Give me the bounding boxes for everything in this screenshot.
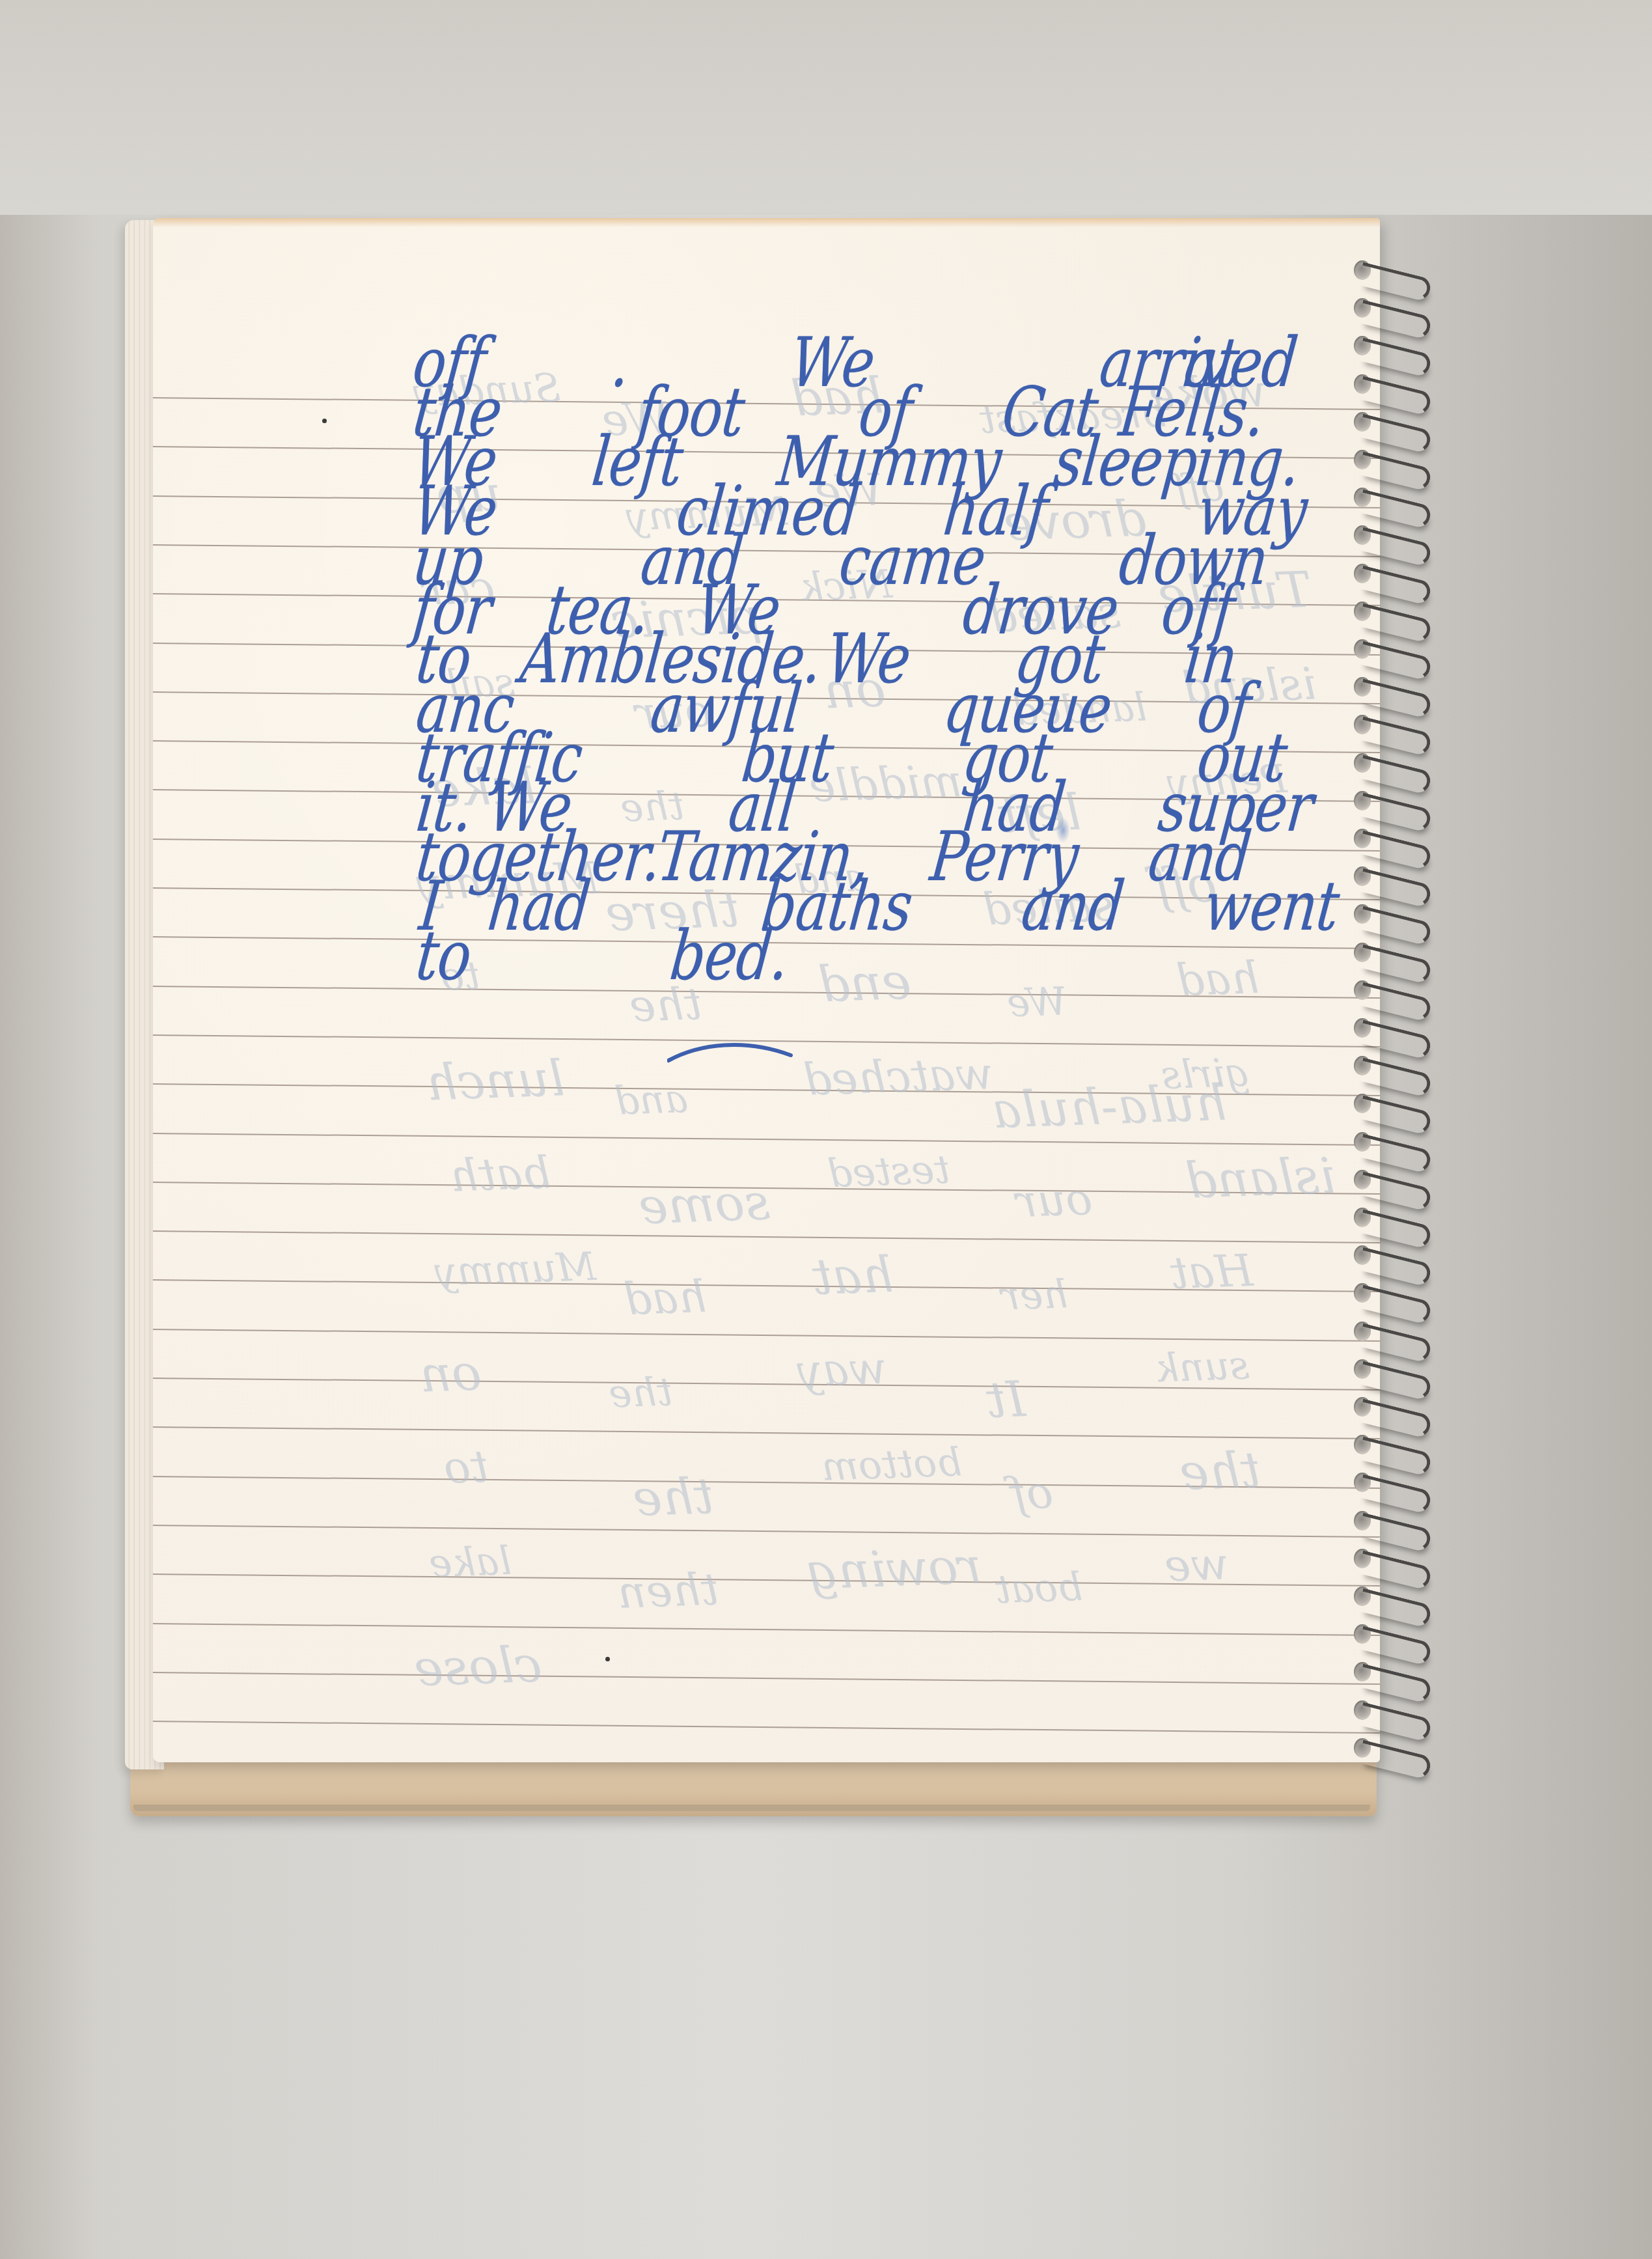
spiral-coil: [1358, 1588, 1433, 1629]
spiral-coil: [1358, 1210, 1433, 1250]
handwritten-word: had: [485, 872, 593, 940]
spiral-coil: [1358, 338, 1433, 378]
spiral-coil: [1358, 262, 1433, 303]
end-flourish: [667, 1038, 797, 1064]
notebook-back-cover-edge: [133, 1805, 1370, 1811]
handwritten-word: and: [1019, 872, 1127, 940]
spiral-coil: [1358, 868, 1433, 909]
diary-entry: off.WearrivedatthefootofCatFells.WeleftM…: [153, 218, 1380, 1762]
spiral-coil: [1358, 1361, 1433, 1401]
spiral-coil: [1358, 1058, 1433, 1098]
spiral-coil: [1358, 1133, 1433, 1174]
spiral-coil: [1358, 603, 1433, 643]
spiral-coil: [1358, 1512, 1433, 1553]
spiral-coil: [1358, 452, 1433, 492]
spiral-coil: [1358, 1285, 1433, 1325]
notebook-page: SundayWehadbreakfastwokeupMummyWedroveof…: [153, 218, 1380, 1762]
spiral-binding: [1354, 247, 1445, 1771]
handwritten-word: bed.: [667, 921, 792, 990]
spiral-coil: [1358, 490, 1433, 530]
spiral-coil: [1358, 1437, 1433, 1477]
spiral-coil: [1358, 1323, 1433, 1363]
spiral-coil: [1358, 1399, 1433, 1439]
spiral-coil: [1358, 906, 1433, 947]
handwritten-word: came: [836, 526, 989, 594]
scan-background: [0, 0, 1652, 215]
spiral-coil: [1358, 1247, 1433, 1288]
spiral-coil: [1358, 717, 1433, 757]
spiral-coil: [1358, 565, 1433, 605]
entry-line: tobed.: [153, 945, 1380, 993]
spiral-coil: [1358, 679, 1433, 719]
handwritten-word: .: [609, 328, 633, 396]
spiral-coil: [1358, 1020, 1433, 1060]
spiral-coil: [1358, 1626, 1433, 1667]
spiral-coil: [1358, 982, 1433, 1022]
spiral-coil: [1358, 1702, 1433, 1742]
handwritten-word: to: [413, 921, 474, 990]
handwritten-word: We: [823, 624, 913, 693]
spiral-coil: [1358, 1664, 1433, 1704]
spiral-coil: [1358, 376, 1433, 416]
spiral-coil: [1358, 1550, 1433, 1590]
handwritten-word: left: [589, 427, 685, 495]
ink-speck: [322, 419, 327, 423]
spiral-coil: [1358, 1096, 1433, 1136]
ink-speck: [605, 1657, 610, 1661]
spiral-coil: [1358, 944, 1433, 984]
ink-blot: [1056, 817, 1070, 843]
spiral-coil: [1358, 755, 1433, 795]
spiral-coil: [1358, 300, 1433, 340]
spiral-coil: [1358, 527, 1433, 568]
spiral-coil: [1358, 1171, 1433, 1212]
spiral-coil: [1358, 413, 1433, 454]
spiral-coil: [1358, 641, 1433, 682]
handwritten-word: went: [1201, 872, 1342, 940]
spiral-coil: [1358, 1475, 1433, 1515]
spiral-coil: [1358, 831, 1433, 871]
spiral-coil: [1358, 792, 1433, 833]
